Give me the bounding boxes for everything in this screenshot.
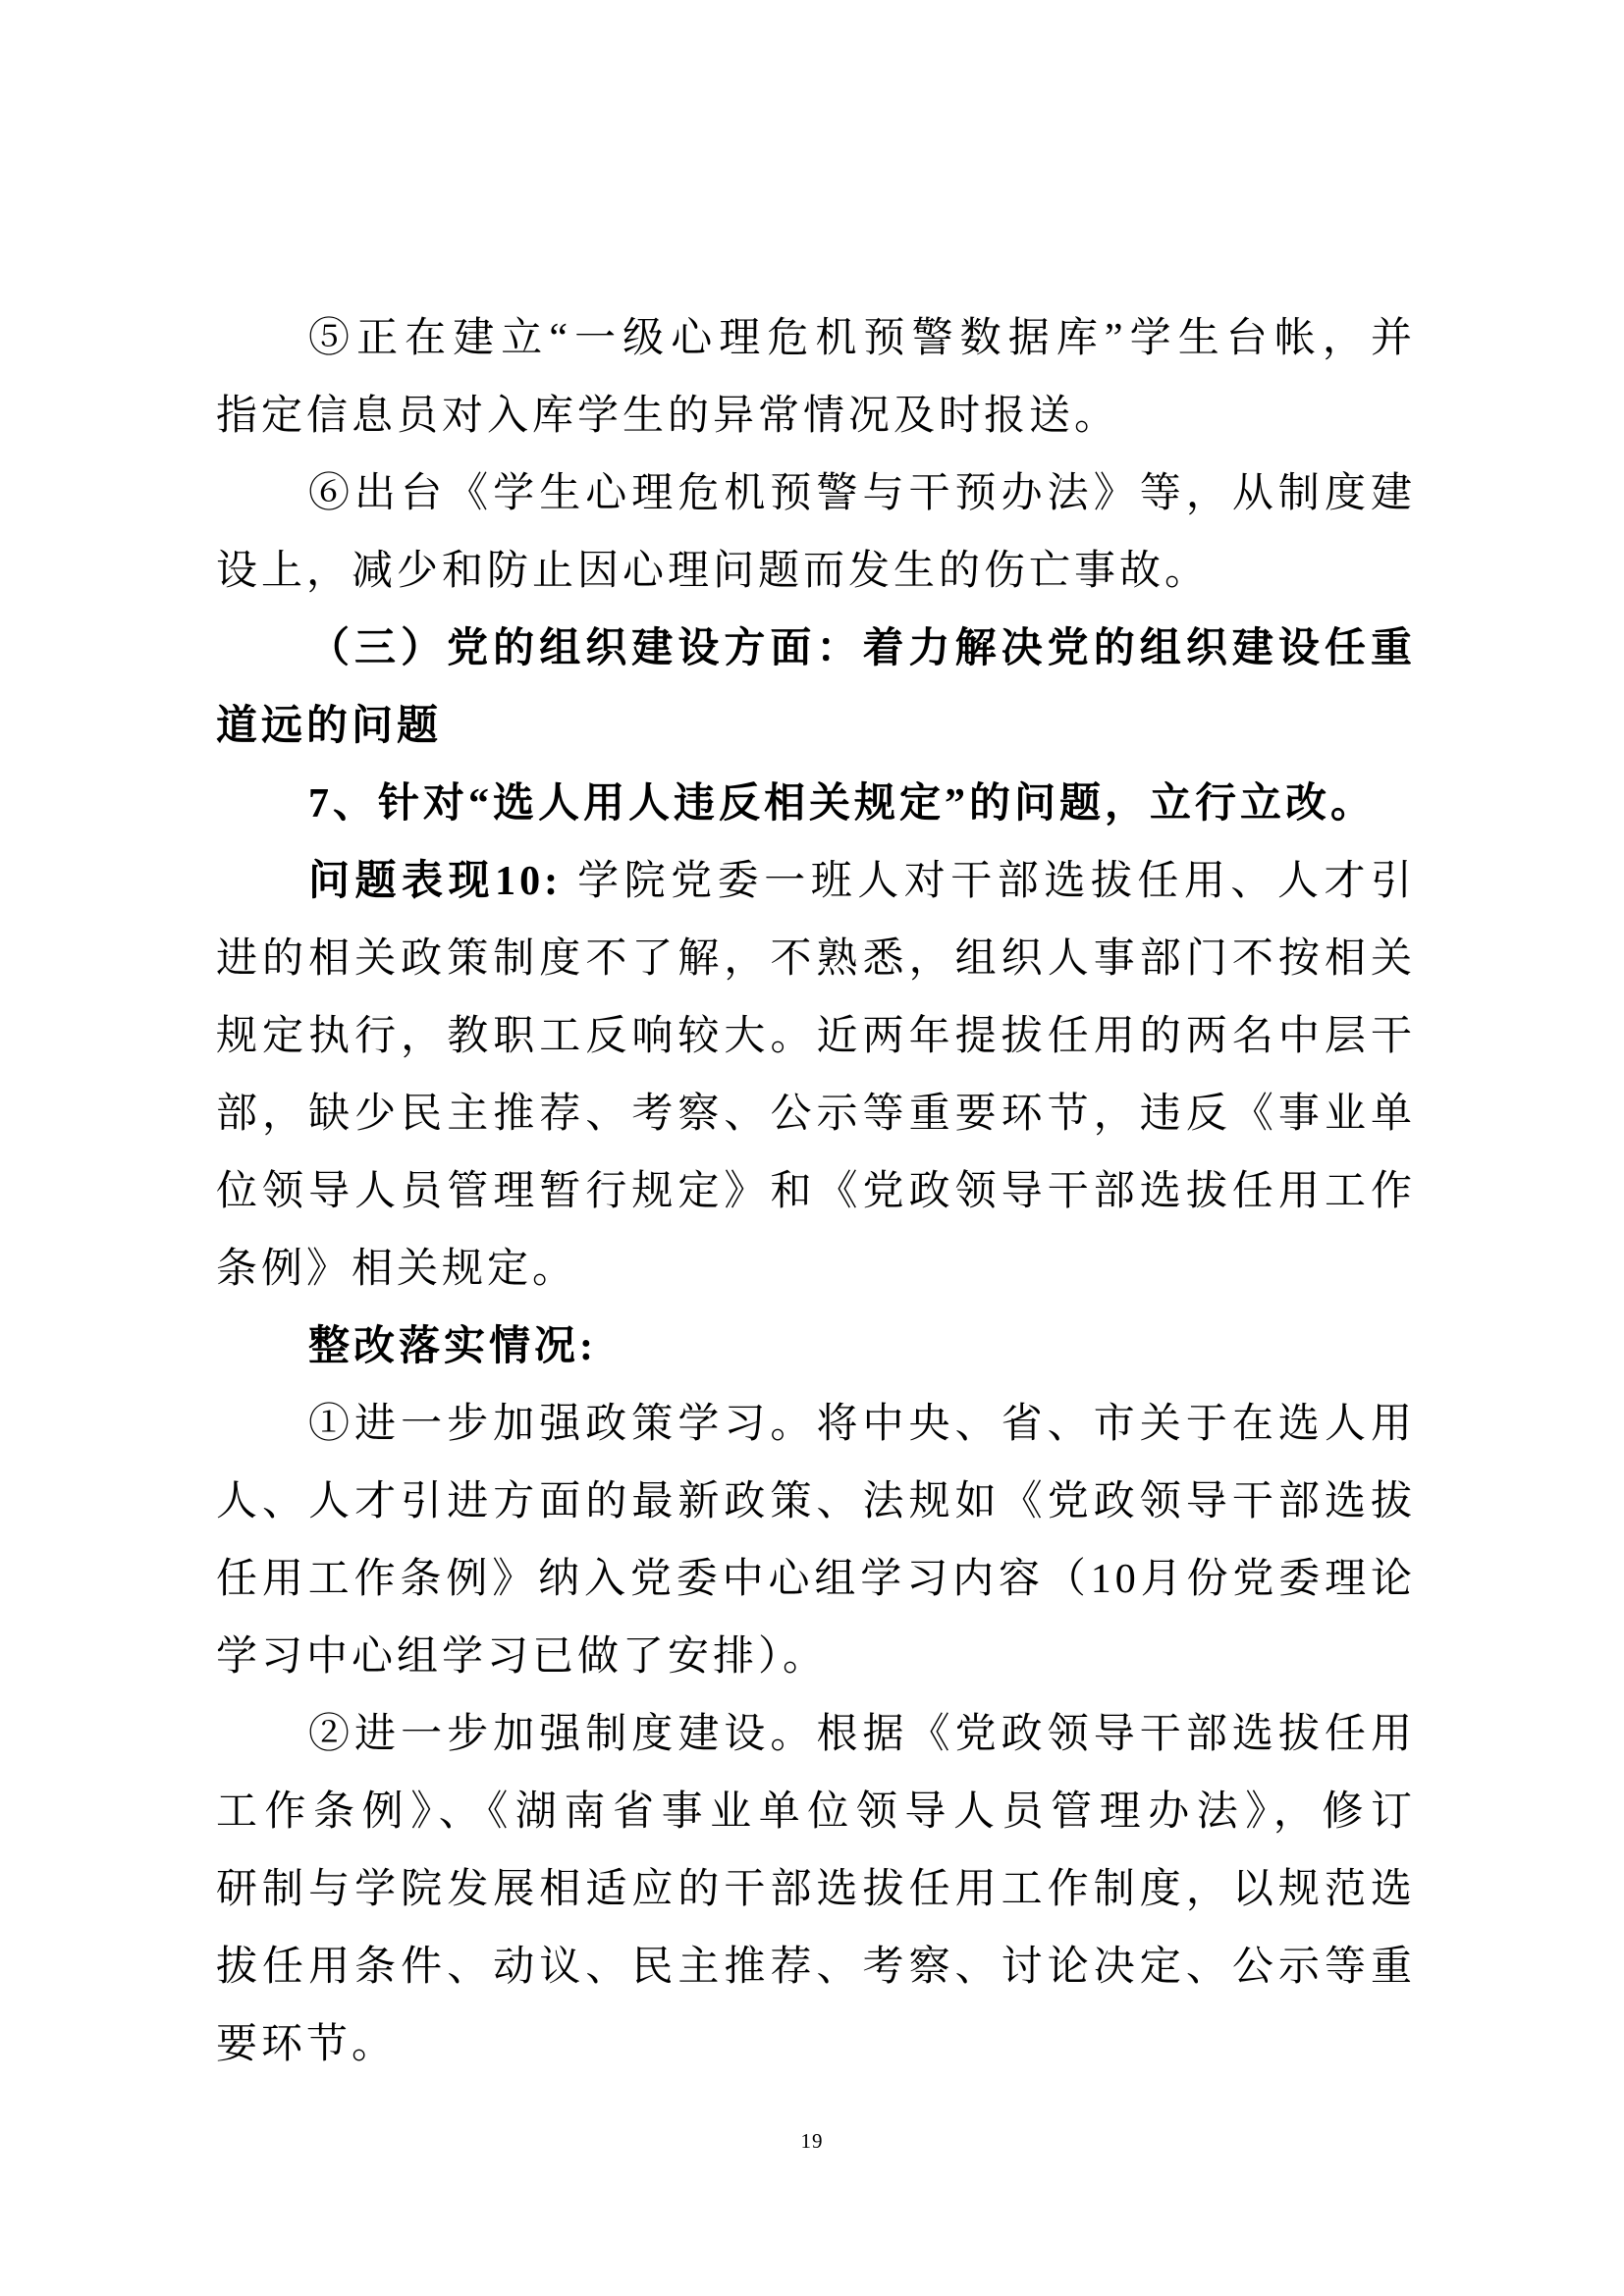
text-line: 拔任用条件、动议、民主推荐、考察、讨论决定、公示等重 bbox=[216, 1929, 1416, 2006]
text-line: 要环节。 bbox=[216, 2006, 1416, 2084]
text-segment: 设上，减少和防止因心理问题而发生的伤亡事故。 bbox=[216, 549, 1210, 594]
text-line: 研制与学院发展相适应的干部选拔任用工作制度，以规范选 bbox=[216, 1851, 1416, 1929]
text-segment: ②进一步加强制度建设。根据《党政领导干部选拔任用 bbox=[308, 1712, 1416, 1757]
text-segment: ①进一步加强政策学习。将中央、省、市关于在选人用 bbox=[308, 1402, 1416, 1447]
text-segment: 研制与学院发展相适应的干部选拔任用工作制度，以规范选 bbox=[216, 1867, 1416, 1912]
text-segment: 7、针对“选人用人违反相关规定”的问题，立行立改。 bbox=[308, 781, 1376, 827]
scanned-document-page: ⑤正在建立“一级心理危机预警数据库”学生台帐，并指定信息员对入库学生的异常情况及… bbox=[0, 0, 1624, 2296]
text-segment: 任用工作条例》纳入党委中心组学习内容（10月份党委理论 bbox=[216, 1557, 1416, 1602]
text-line: 任用工作条例》纳入党委中心组学习内容（10月份党委理论 bbox=[216, 1541, 1416, 1619]
text-line: 人、人才引进方面的最新政策、法规如《党政领导干部选拔 bbox=[216, 1464, 1416, 1541]
text-segment: 整改落实情况: bbox=[308, 1324, 597, 1369]
text-segment: 规定执行，教职工反响较大。近两年提拔任用的两名中层干 bbox=[216, 1014, 1416, 1059]
text-line: ②进一步加强制度建设。根据《党政领导干部选拔任用 bbox=[216, 1696, 1416, 1774]
text-line: ⑥出台《学生心理危机预警与干预办法》等，从制度建 bbox=[216, 455, 1416, 533]
text-line: 进的相关政策制度不了解，不熟悉，组织人事部门不按相关 bbox=[216, 921, 1416, 998]
text-segment: 部，缺少民主推荐、考察、公示等重要环节，违反《事业单 bbox=[216, 1092, 1416, 1137]
text-segment: 要环节。 bbox=[216, 2022, 397, 2067]
text-line: 工作条例》、《湖南省事业单位领导人员管理办法》，修订 bbox=[216, 1774, 1416, 1851]
text-segment: 学院党委一班人对干部选拔任用、人才引 bbox=[577, 859, 1416, 904]
document-text-block: ⑤正在建立“一级心理危机预警数据库”学生台帐，并指定信息员对入库学生的异常情况及… bbox=[216, 300, 1416, 2084]
text-line: 问题表现10: 学院党委一班人对干部选拔任用、人才引 bbox=[216, 843, 1416, 921]
text-segment: 工作条例》、《湖南省事业单位领导人员管理办法》，修订 bbox=[216, 1789, 1416, 1835]
text-line: 指定信息员对入库学生的异常情况及时报送。 bbox=[216, 378, 1416, 455]
text-line: 部，缺少民主推荐、考察、公示等重要环节，违反《事业单 bbox=[216, 1076, 1416, 1153]
text-segment: 位领导人员管理暂行规定》和《党政领导干部选拔任用工作 bbox=[216, 1169, 1416, 1214]
text-segment: 指定信息员对入库学生的异常情况及时报送。 bbox=[216, 394, 1119, 439]
text-line: 位领导人员管理暂行规定》和《党政领导干部选拔任用工作 bbox=[216, 1153, 1416, 1231]
text-line: 7、针对“选人用人违反相关规定”的问题，立行立改。 bbox=[216, 766, 1416, 843]
text-line: 规定执行，教职工反响较大。近两年提拔任用的两名中层干 bbox=[216, 998, 1416, 1076]
text-line: ①进一步加强政策学习。将中央、省、市关于在选人用 bbox=[216, 1386, 1416, 1464]
text-segment: 条例》相关规定。 bbox=[216, 1247, 577, 1292]
text-segment: 进的相关政策制度不了解，不熟悉，组织人事部门不按相关 bbox=[216, 936, 1416, 982]
text-line: ⑤正在建立“一级心理危机预警数据库”学生台帐，并 bbox=[216, 300, 1416, 378]
text-segment: 拔任用条件、动议、民主推荐、考察、讨论决定、公示等重 bbox=[216, 1945, 1416, 1990]
text-line: 设上，减少和防止因心理问题而发生的伤亡事故。 bbox=[216, 533, 1416, 611]
text-segment: 学习中心组学习已做了安排）。 bbox=[216, 1634, 828, 1680]
text-line: 学习中心组学习已做了安排）。 bbox=[216, 1619, 1416, 1696]
page-number: 19 bbox=[0, 2128, 1624, 2154]
text-segment: ⑥出台《学生心理危机预警与干预办法》等，从制度建 bbox=[308, 471, 1416, 516]
text-segment: 道远的问题 bbox=[216, 704, 442, 749]
text-segment: ⑤正在建立“一级心理危机预警数据库”学生台帐，并 bbox=[308, 316, 1416, 361]
text-line: 条例》相关规定。 bbox=[216, 1231, 1416, 1308]
text-line: 整改落实情况: bbox=[216, 1308, 1416, 1386]
text-line: （三）党的组织建设方面：着力解决党的组织建设任重 bbox=[216, 611, 1416, 688]
text-line: 道远的问题 bbox=[216, 688, 1416, 766]
text-segment: （三）党的组织建设方面：着力解决党的组织建设任重 bbox=[308, 626, 1416, 671]
text-segment: 人、人才引进方面的最新政策、法规如《党政领导干部选拔 bbox=[216, 1479, 1416, 1524]
text-segment: 问题表现10: bbox=[308, 859, 577, 904]
